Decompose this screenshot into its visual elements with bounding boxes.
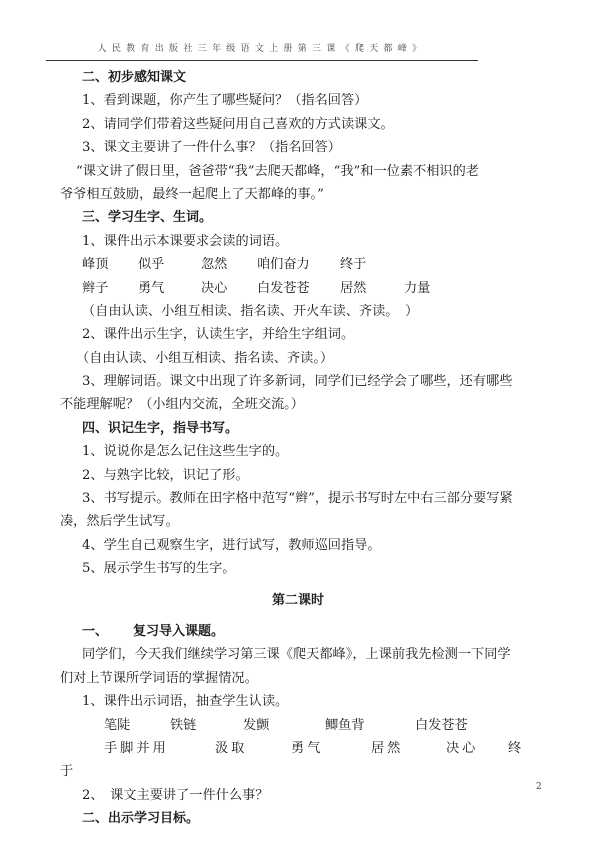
paragraph: 3、理解词语。课文中出现了许多新词，同学们已经学会了哪些，还有哪些 — [60, 370, 536, 393]
paragraph: 2、请同学们带着这些疑问用自己喜欢的方式读课文。 — [60, 113, 536, 136]
paragraph: 于 — [60, 760, 536, 783]
vocab-word: 峰顶 — [82, 253, 138, 276]
paragraph: 1、看到课题，你产生了哪些疑问？（指名回答） — [60, 89, 536, 112]
vocab-word: 白发苍苍 — [257, 277, 340, 300]
vocab-word: 似乎 — [138, 253, 201, 276]
vocab-row: 辫子勇气决心白发苍苍居然力量 — [60, 277, 536, 300]
vocab-word: 发颤 — [243, 714, 325, 737]
vocab-row: 手脚并用汲取勇气居然决心终 — [60, 737, 536, 760]
paragraph: 5、展示学生书写的生字。 — [60, 557, 536, 580]
vocab-row: 峰顶似乎忽然咱们奋力终于 — [60, 253, 536, 276]
vocab-word: 终 — [508, 737, 524, 760]
paragraph: 凑，然后学生试写。 — [60, 510, 536, 533]
vocab-word: 决心 — [201, 277, 257, 300]
vocab-word: 汲取 — [215, 737, 291, 760]
paragraph: 3、课文主要讲了一件什么事？（指名回答） — [60, 136, 536, 159]
vocab-word: 手脚并用 — [104, 737, 215, 760]
vocab-word: 居然 — [371, 737, 446, 760]
paragraph: 2、课件出示生字，认读生字，并给生字组词。 — [60, 323, 536, 346]
section-heading: 二、出示学习目标。 — [60, 807, 536, 830]
paragraph: 3、书写提示。教师在田字格中范写“辫”，提示书写时左中右三部分要写紧 — [60, 487, 536, 510]
vocab-word: 忽然 — [201, 253, 257, 276]
paragraph: 爷爷相互鼓励，最终一起爬上了天都峰的事。” — [60, 183, 536, 206]
vocab-word: 决心 — [446, 737, 508, 760]
paragraph: 4、学生自己观察生字，进行试写，教师巡回指导。 — [60, 534, 536, 557]
paragraph: 1、课件出示本课要求会读的词语。 — [60, 230, 536, 253]
page-number: 2 — [536, 782, 542, 792]
running-header: 人民教育出版社三年级语文上册第三课《爬天都峰》 — [46, 40, 478, 61]
section-heading: 一、 复习导入课题。 — [60, 620, 536, 643]
vocab-word: 终于 — [340, 253, 366, 276]
lesson-title: 第二课时 — [60, 589, 536, 612]
section-heading: 三、学习生字、生词。 — [60, 206, 536, 229]
vocab-word: 铁链 — [170, 714, 243, 737]
header-title: 人民教育出版社三年级语文上册第三课《爬天都峰》 — [46, 41, 478, 54]
paragraph: 2、与熟字比较，识记了形。 — [60, 464, 536, 487]
vocab-word: 居然 — [340, 277, 404, 300]
paragraph: 1、课件出示词语，抽查学生认读。 — [60, 690, 536, 713]
vocab-word: 笔陡 — [104, 714, 170, 737]
paragraph: 不能理解呢？（小组内交流，全班交流。） — [60, 393, 536, 416]
paragraph: “课文讲了假日里，爸爸带“我”去爬天都峰，“我”和一位素不相识的老 — [60, 160, 536, 183]
vocab-word: 咱们奋力 — [257, 253, 340, 276]
section-heading: 二、初步感知课文 — [60, 66, 536, 89]
vocab-word: 鲫鱼背 — [325, 714, 415, 737]
vocab-row: 笔陡铁链发颤鲫鱼背白发苍苍 — [60, 714, 536, 737]
paragraph: 1、说说你是怎么记住这些生字的。 — [60, 440, 536, 463]
paragraph: （自由认读、小组互相读、指名读、开火车读、齐读。 ） — [60, 300, 536, 323]
vocab-word: 力量 — [404, 277, 430, 300]
vocab-word: 勇气 — [291, 737, 371, 760]
section-heading: 四、识记生字，指导书写。 — [60, 417, 536, 440]
document-body: 二、初步感知课文 1、看到课题，你产生了哪些疑问？（指名回答） 2、请同学们带着… — [60, 66, 536, 831]
vocab-word: 白发苍苍 — [415, 714, 468, 737]
vocab-word: 勇气 — [138, 277, 201, 300]
paragraph: 同学们，今天我们继续学习第三课《爬天都峰》，上课前我先检测一下同学 — [60, 643, 536, 666]
paragraph: （自由认读、小组互相读、指名读、齐读。） — [60, 347, 536, 370]
paragraph: 2、 课文主要讲了一件什么事？ — [60, 784, 536, 807]
paragraph: 们对上节课所学词语的掌握情况。 — [60, 667, 536, 690]
vocab-word: 辫子 — [82, 277, 138, 300]
